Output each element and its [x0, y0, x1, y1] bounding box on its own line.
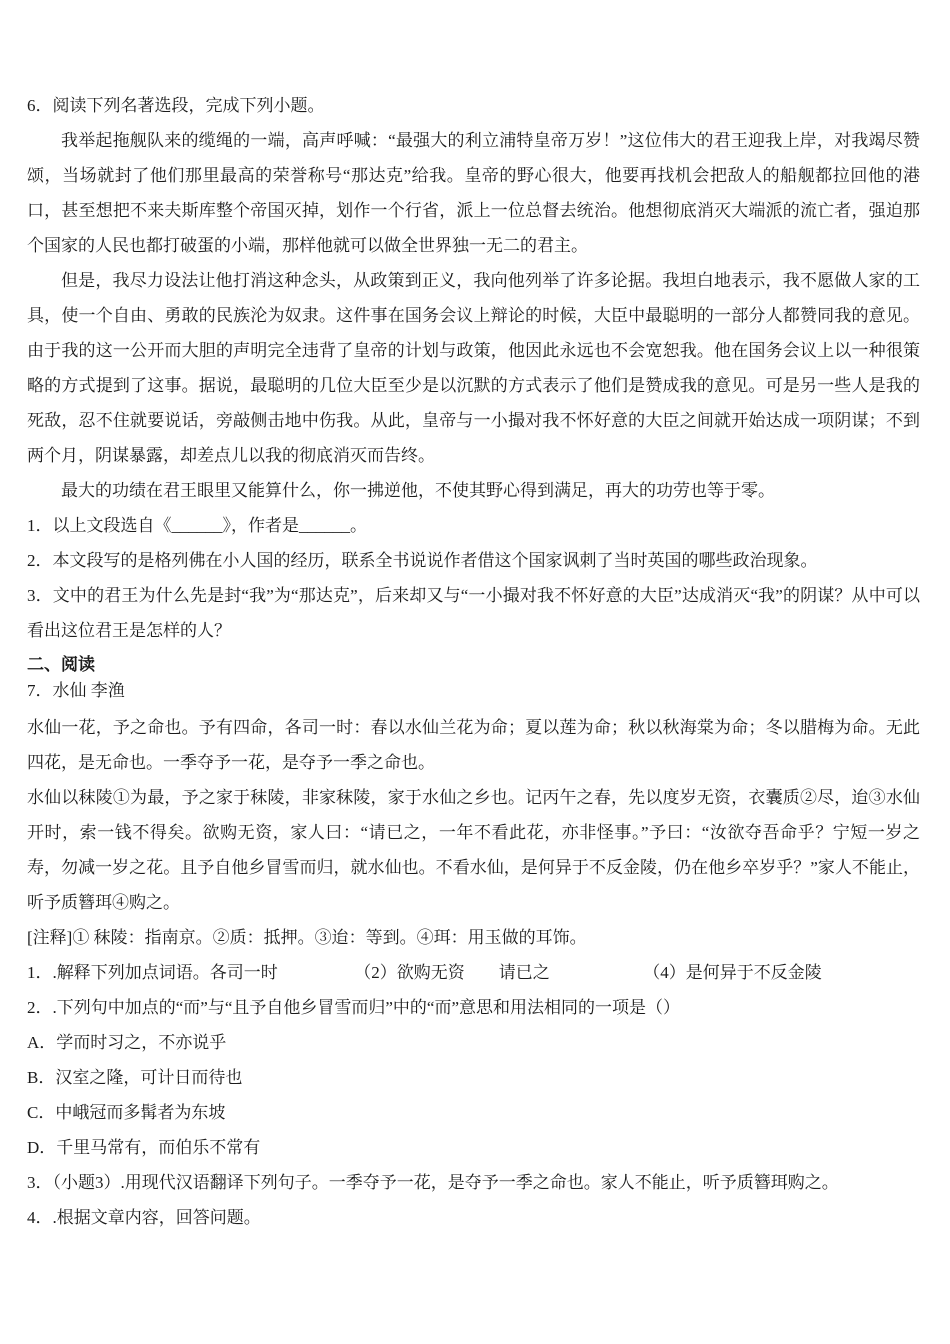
question-7-annotations: [注释]① 秣陵：指南京。②质：抵押。③迨：等到。④珥：用玉做的耳饰。 [27, 920, 920, 955]
question-6-passage-paragraph-3: 最大的功绩在君王眼里又能算什么，你一拂逆他，不使其野心得到满足，再大的功劳也等于… [27, 473, 920, 508]
question-7-subquestion-4: 4．.根据文章内容，回答问题。 [27, 1200, 920, 1235]
question-6-passage-paragraph-2: 但是，我尽力设法让他打消这种念头，从政策到正义，我向他列举了许多论据。我坦白地表… [27, 263, 920, 473]
question-6-subquestion-1: 1．以上文段选自《______》，作者是______。 [27, 508, 920, 543]
question-7-option-c: C．中峨冠而多髯者为东坡 [27, 1095, 920, 1130]
question-6-passage-paragraph-1: 我举起拖舰队来的缆绳的一端，高声呼喊：“最强大的利立浦特皇帝万岁！”这位伟大的君… [27, 123, 920, 263]
section-2-heading: 二、阅读 [27, 652, 920, 678]
question-6-subquestion-2: 2．本文段写的是格列佛在小人国的经历，联系全书说说作者借这个国家讽刺了当时英国的… [27, 543, 920, 578]
question-7-passage-paragraph-2: 水仙以秣陵①为最，予之家于秣陵，非家秣陵，家于水仙之乡也。记丙午之春，先以度岁无… [27, 780, 920, 920]
question-7-option-d: D．千里马常有，而伯乐不常有 [27, 1130, 920, 1165]
question-7-subquestion-3: 3．（小题3）.用现代汉语翻译下列句子。一季夺予一花，是夺予一季之命也。家人不能… [27, 1165, 920, 1200]
question-7-title: 7．水仙 李渔 [27, 678, 920, 704]
question-6-subquestion-3: 3．文中的君王为什么先是封“我”为“那达克”，后来却又与“一小撮对我不怀好意的大… [27, 578, 920, 648]
question-7-option-a: A．学而时习之，不亦说乎 [27, 1025, 920, 1060]
question-7-passage-paragraph-1: 水仙一花，予之命也。予有四命，各司一时：春以水仙兰花为命；夏以莲为命；秋以秋海棠… [27, 710, 920, 780]
question-7-body: 水仙一花，予之命也。予有四命，各司一时：春以水仙兰花为命；夏以莲为命；秋以秋海棠… [27, 710, 920, 1235]
question-6-heading: 6．阅读下列名著选段，完成下列小题。 [27, 88, 920, 123]
question-7-subquestion-1: 1．.解释下列加点词语。各司一时 （2）欲购无资 请已之 （4）是何异于不反金陵 [27, 955, 920, 990]
question-7-subquestion-2: 2．.下列句中加点的“而”与“且予自他乡冒雪而归”中的“而”意思和用法相同的一项… [27, 990, 920, 1025]
exam-paper-page: 6．阅读下列名著选段，完成下列小题。 我举起拖舰队来的缆绳的一端，高声呼喊：“最… [0, 0, 950, 1344]
question-7-option-b: B．汉室之隆，可计日而待也 [27, 1060, 920, 1095]
